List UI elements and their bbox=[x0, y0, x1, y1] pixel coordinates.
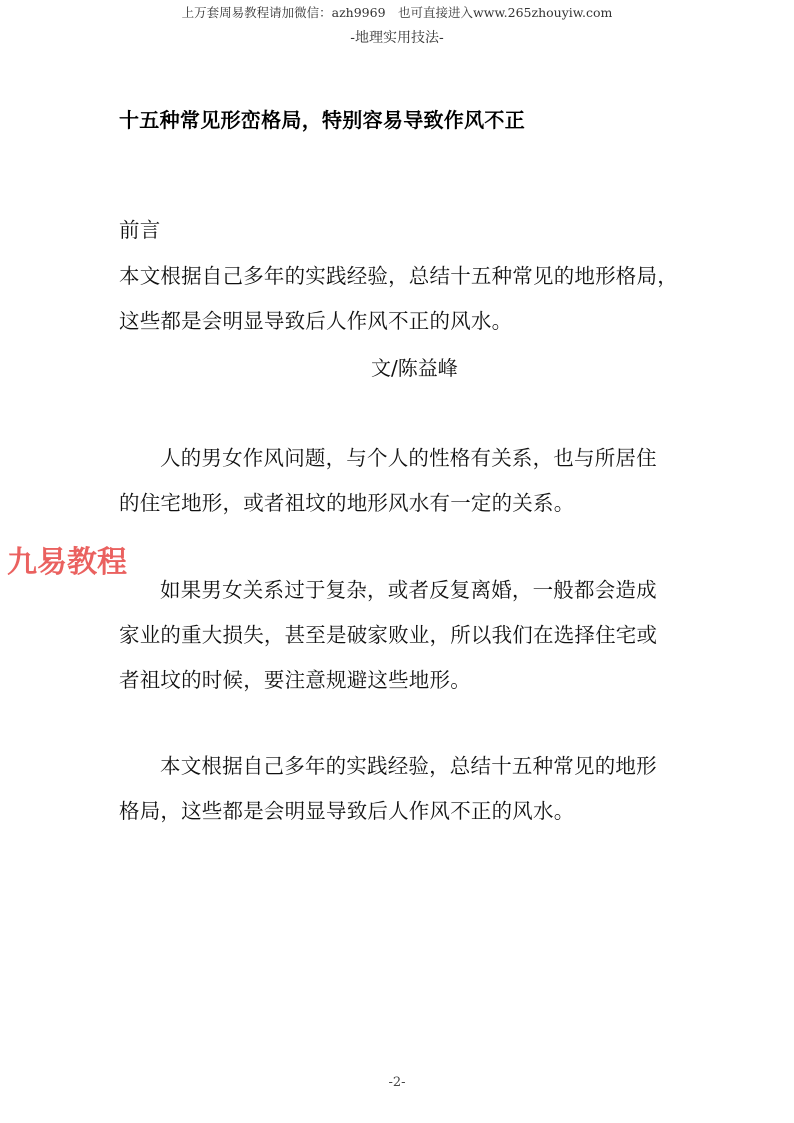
paragraph-line: 如果男女关系过于复杂，或者反复离婚，一般都会造成 bbox=[119, 568, 679, 613]
paragraph-line: 家业的重大损失，甚至是破家败业，所以我们在选择住宅或 bbox=[119, 613, 679, 658]
header-promo-text: 上万套周易教程请加微信：azh9969 也可直接进入www.265zhouyiw… bbox=[0, 5, 794, 21]
paragraph-line: 格局，这些都是会明显导致后人作风不正的风水。 bbox=[119, 789, 679, 834]
body-paragraph-1: 人的男女作风问题，与个人的性格有关系，也与所居住 的住宅地形，或者祖坟的地形风水… bbox=[119, 436, 679, 526]
preface-line: 本文根据自己多年的实践经验，总结十五种常见的地形格局， bbox=[119, 254, 679, 299]
preface-line: 这些都是会明显导致后人作风不正的风水。 bbox=[119, 299, 679, 344]
preface-heading: 前言 bbox=[119, 208, 679, 253]
paragraph-line: 本文根据自己多年的实践经验，总结十五种常见的地形 bbox=[119, 744, 679, 789]
body-paragraph-2: 如果男女关系过于复杂，或者反复离婚，一般都会造成 家业的重大损失，甚至是破家败业… bbox=[119, 568, 679, 703]
author-byline: 文/陈益峰 bbox=[371, 346, 458, 391]
page-number: -2- bbox=[0, 1075, 794, 1090]
watermark-logo: 九易教程 bbox=[7, 537, 127, 581]
paragraph-line: 人的男女作风问题，与个人的性格有关系，也与所居住 bbox=[119, 436, 679, 481]
paragraph-line: 者祖坟的时候，要注意规避这些地形。 bbox=[119, 658, 679, 703]
body-paragraph-3: 本文根据自己多年的实践经验，总结十五种常见的地形 格局，这些都是会明显导致后人作… bbox=[119, 744, 679, 834]
document-title: 十五种常见形峦格局，特别容易导致作风不正 bbox=[119, 104, 525, 133]
section-label: -地理实用技法- bbox=[0, 30, 794, 46]
preface-body: 本文根据自己多年的实践经验，总结十五种常见的地形格局， 这些都是会明显导致后人作… bbox=[119, 254, 679, 344]
paragraph-line: 的住宅地形，或者祖坟的地形风水有一定的关系。 bbox=[119, 481, 679, 526]
